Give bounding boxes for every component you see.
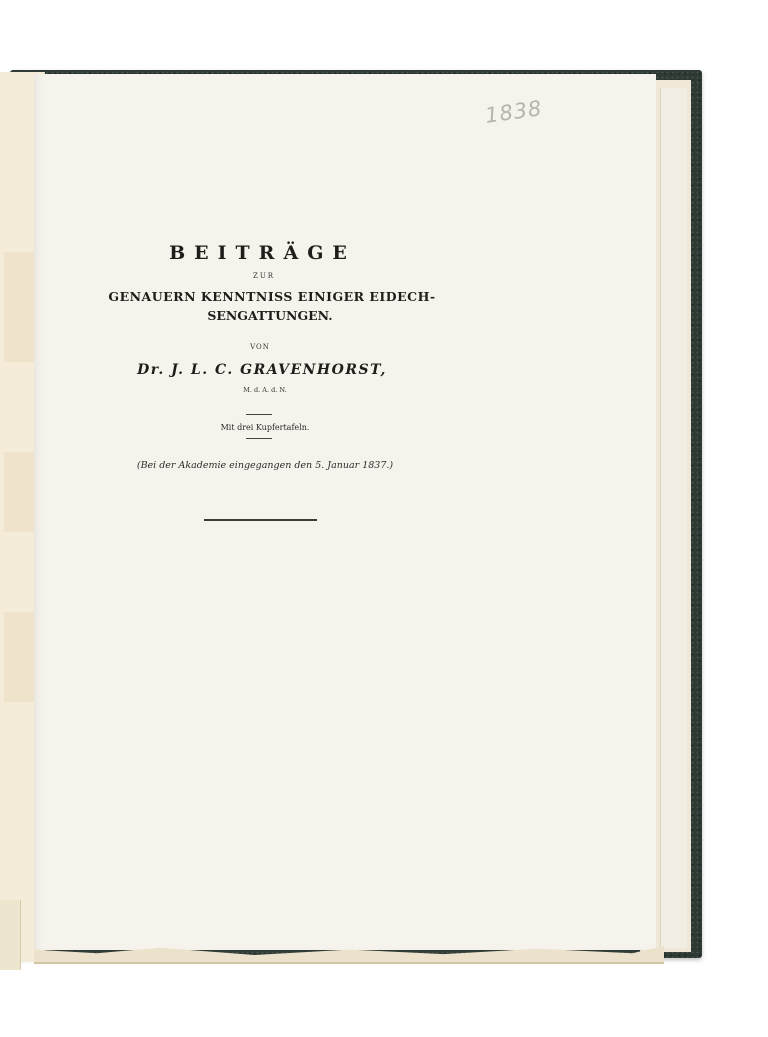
receipt-note: (Bei der Akademie eingegangen den 5. Jan…	[120, 460, 410, 471]
short-rule	[246, 414, 272, 415]
author-affiliation: M. d. A. d. N.	[230, 386, 300, 394]
short-rule	[246, 438, 272, 439]
page-tab	[0, 900, 21, 970]
subtitle-line-1: GENAUERN KENNTNISS EINIGER EIDECH-	[72, 289, 472, 304]
bleed-through-mark	[4, 612, 34, 702]
title-connector: ZUR	[234, 272, 294, 280]
page-title: BEITRÄGE	[155, 242, 370, 264]
underlying-pages-inner	[660, 88, 687, 948]
title-page	[34, 74, 656, 950]
bleed-through-mark	[4, 452, 34, 532]
plates-note: Mit drei Kupfertafeln.	[200, 423, 330, 432]
bleed-through-mark	[4, 252, 34, 362]
closing-rule	[204, 519, 317, 521]
author-name: Dr. J. L. C. GRAVENHORST,	[137, 362, 387, 378]
subtitle-line-2: SENGATTUNGEN.	[190, 308, 350, 323]
by-label: VON	[240, 343, 280, 351]
